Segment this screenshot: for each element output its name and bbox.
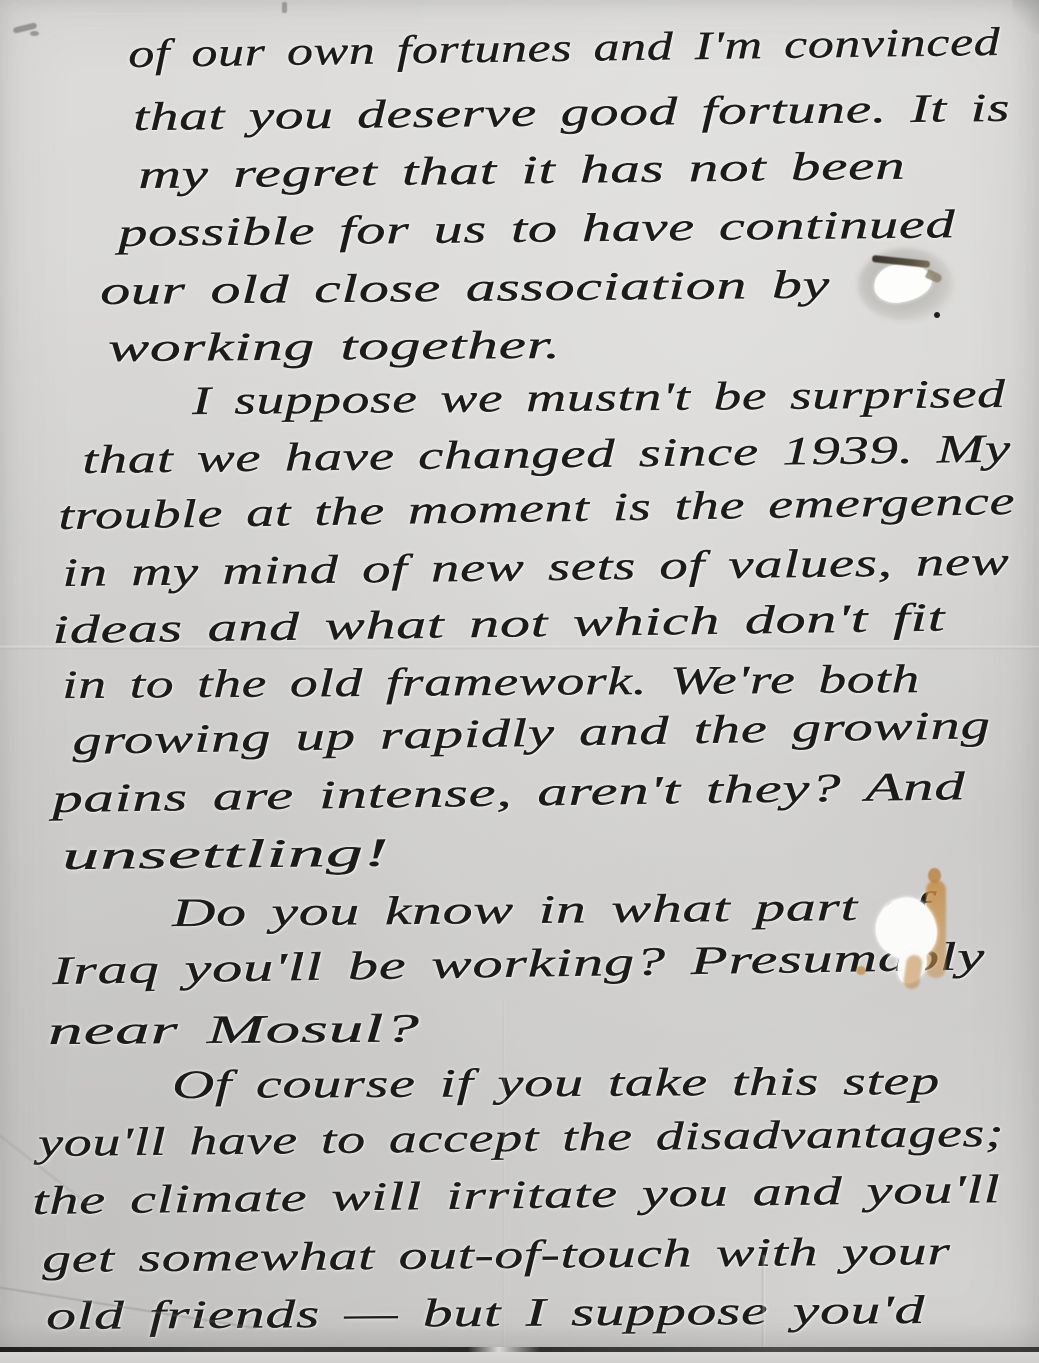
handwritten-line-6: working together. (108, 321, 561, 371)
handwritten-line-14: pains are intense, aren't they? And (52, 762, 966, 822)
handwritten-line-21: the climate will irritate you and you'll (32, 1165, 1001, 1224)
handwritten-line-3: my regret that it has not been (138, 142, 906, 198)
handwritten-line-5: our old close association by (100, 261, 830, 314)
handwritten-line-18: near Mosul? (48, 1004, 420, 1054)
handwritten-line-20: you'll have to accept the disadvantages; (38, 1109, 1005, 1166)
handwritten-line-19: Of course if you take this step (172, 1057, 940, 1108)
handwriting-layer: of our own fortunes and I'm convincedtha… (0, 0, 1039, 1363)
handwritten-line-10: in my mind of new sets of values, new (62, 537, 1010, 596)
handwritten-line-1: of our own fortunes and I'm convinced (128, 18, 1001, 77)
handwritten-line-22: get somewhat out-of-touch with your (42, 1227, 951, 1282)
handwritten-line-7: I suppose we mustn't be surprised (192, 370, 1006, 424)
handwritten-line-12: in to the old framework. We're both (62, 655, 920, 708)
handwritten-line-16: Do you know in what part of (172, 882, 931, 936)
handwritten-line-11: ideas and what not which don't fit (52, 594, 946, 653)
handwritten-line-9: trouble at the moment is the emergence (58, 477, 1015, 539)
handwritten-line-15: unsettling! (62, 829, 390, 879)
handwritten-line-23: old friends — but I suppose you'd (46, 1286, 925, 1339)
handwritten-line-4: possible for us to have continued (118, 200, 956, 256)
handwritten-line-2: that you deserve good fortune. It is (133, 84, 1010, 140)
handwritten-line-13: growing up rapidly and the growing (72, 701, 991, 764)
handwritten-line-17: Iraq you'll be working? Presumably (52, 932, 985, 994)
handwritten-line-8: that we have changed since 1939. My (82, 425, 1011, 483)
letter-page: of our own fortunes and I'm convincedtha… (0, 0, 1039, 1363)
